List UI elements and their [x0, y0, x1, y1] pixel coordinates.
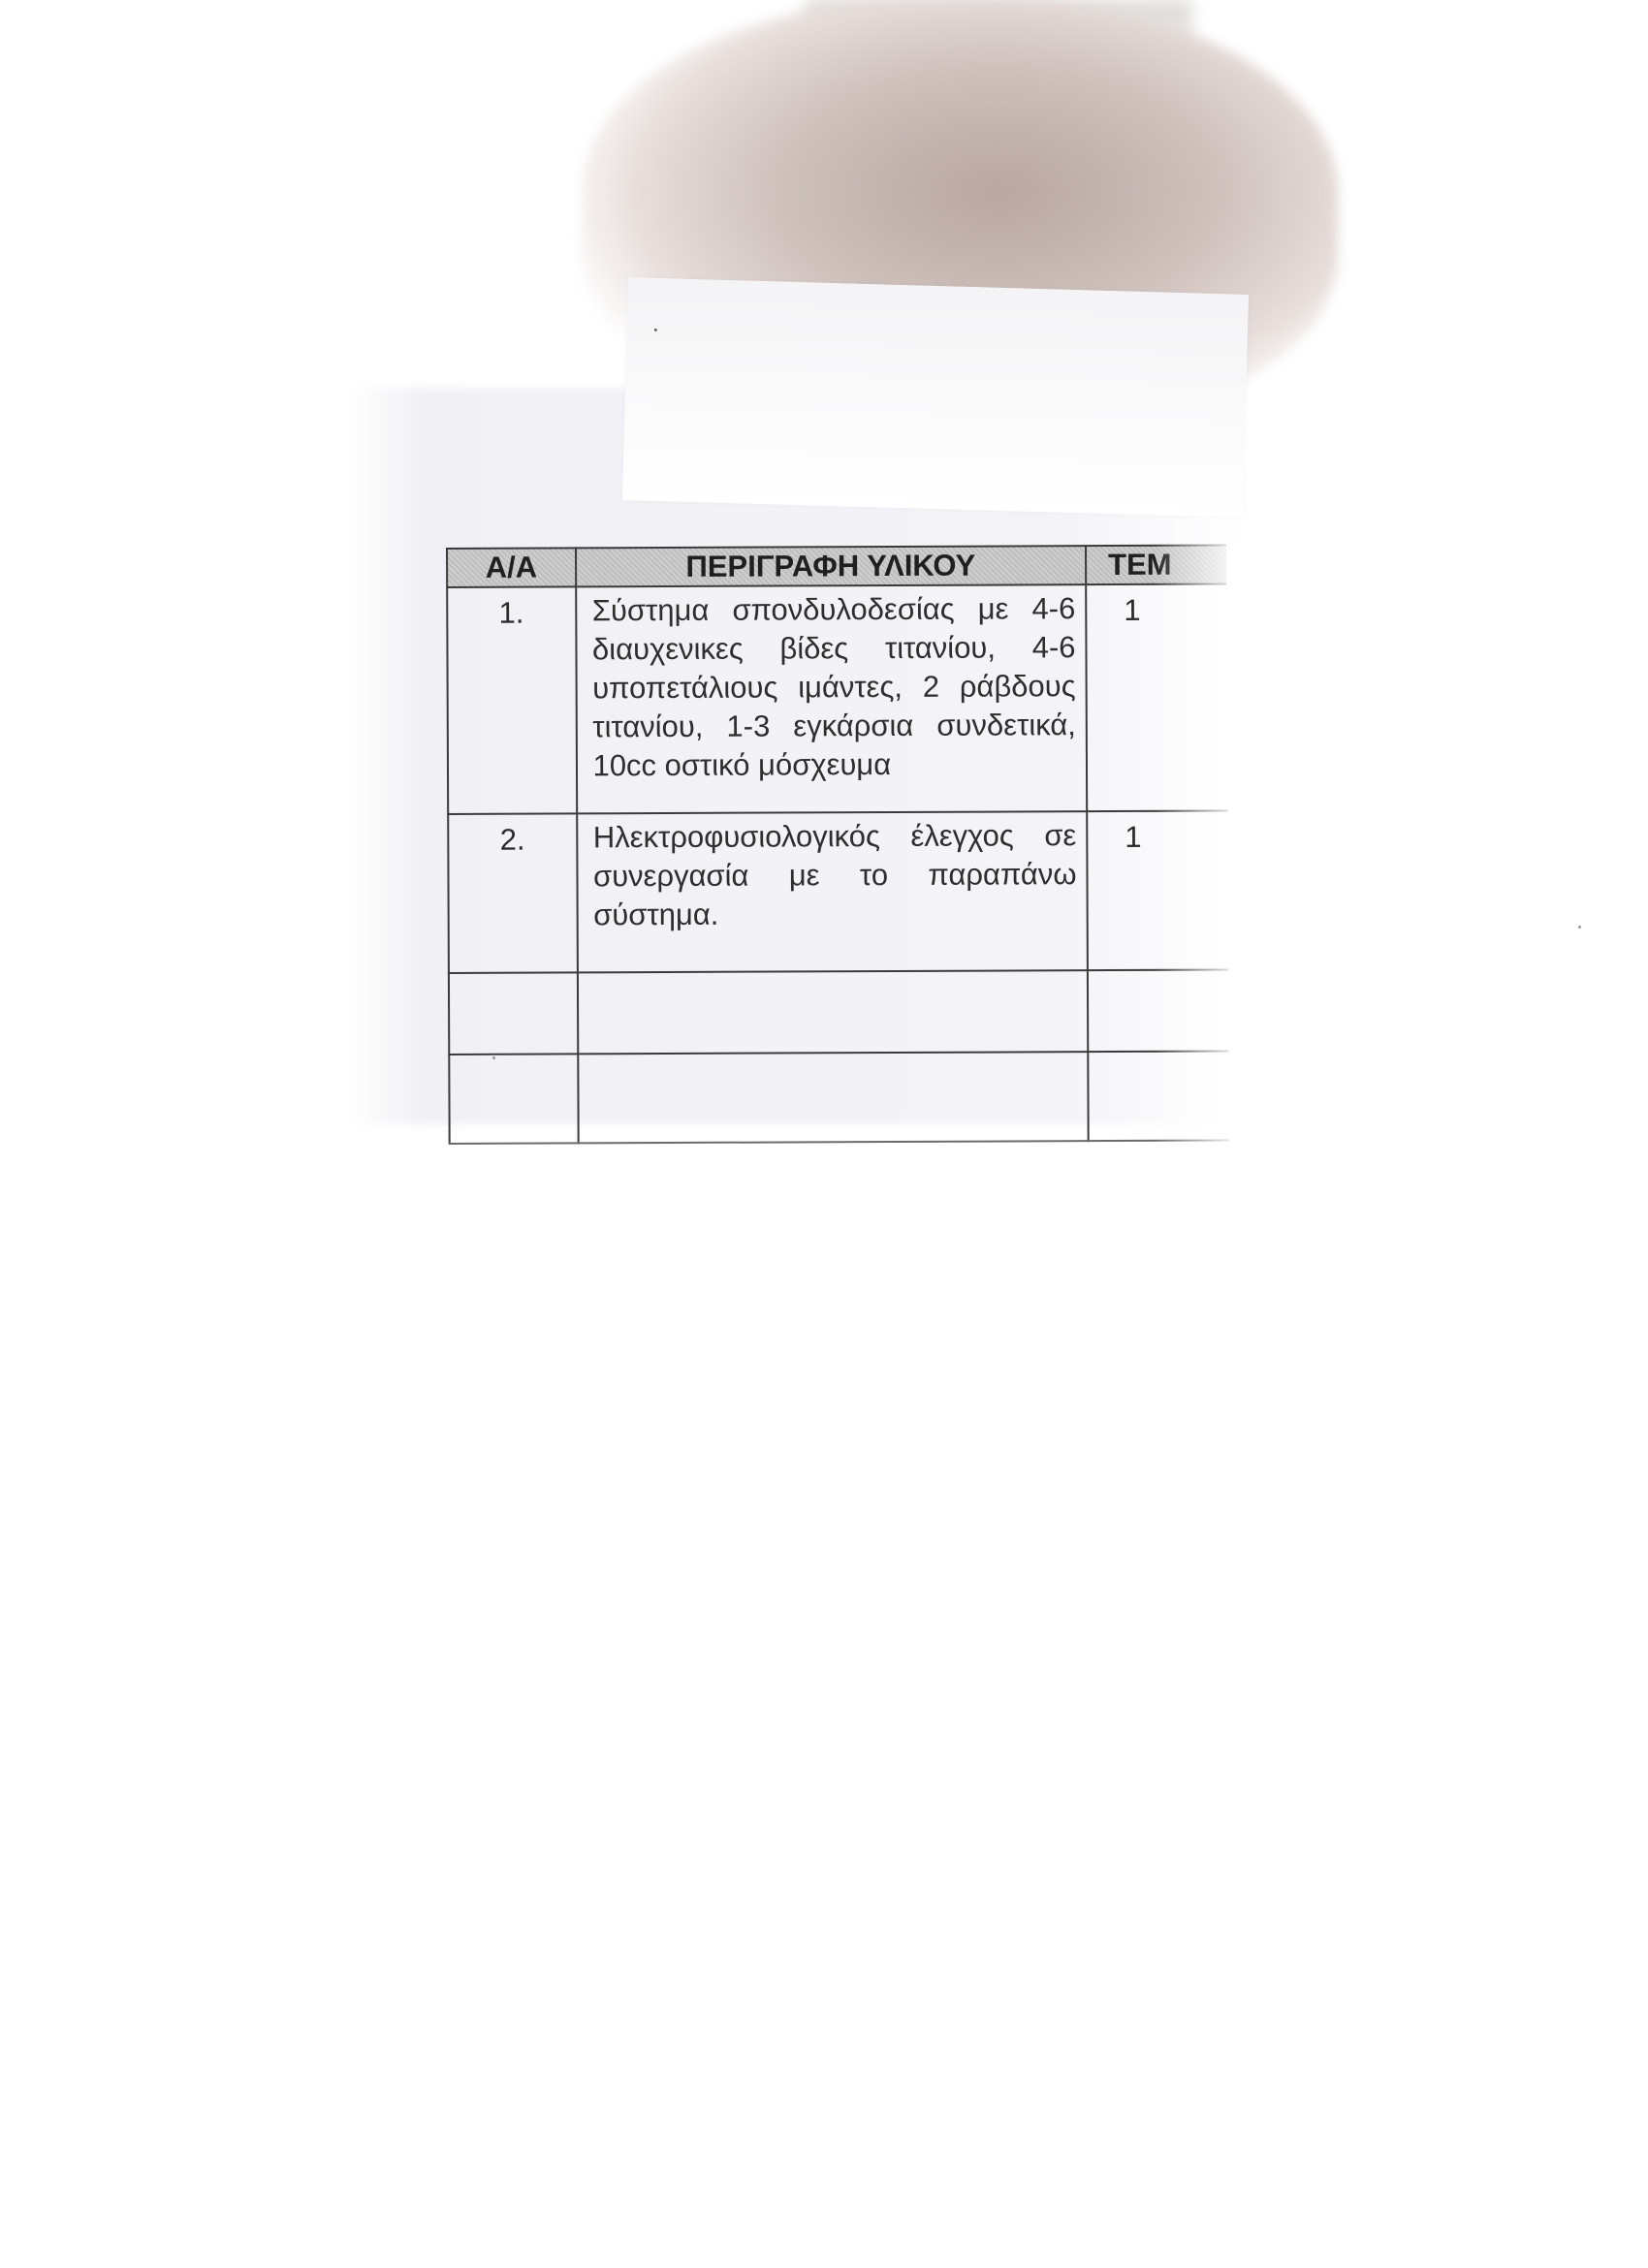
table-row: 2. Ηλεκτροφυσιολογικός έλεγχος σε συνεργ… — [448, 810, 1228, 973]
table-header-row: Α/Α ΠΕΡΙΓΡΑΦΗ ΥΛΙΚΟΥ ΤΕΜ — [447, 545, 1226, 587]
row-number: 1. — [447, 586, 577, 814]
table-row: 1. Σύστημα σπονδυλοδεσίας με 4-6 διαυχεν… — [447, 583, 1227, 814]
table-row-empty — [449, 969, 1228, 1055]
row-description — [578, 1052, 1089, 1143]
paper-slip — [622, 277, 1249, 518]
row-quantity: 1 — [1087, 810, 1228, 970]
faint-handwriting — [953, 345, 1112, 485]
row-number — [449, 1054, 578, 1144]
row-quantity — [1088, 969, 1228, 1052]
row-number: 2. — [448, 813, 577, 973]
row-quantity — [1088, 1051, 1228, 1141]
row-quantity: 1 — [1086, 583, 1227, 811]
materials-table: Α/Α ΠΕΡΙΓΡΑΦΗ ΥΛΙΚΟΥ ΤΕΜ 1. Σύστημα σπον… — [446, 544, 1229, 1145]
scan-speck — [1578, 926, 1581, 929]
row-description: Ηλεκτροφυσιολογικός έλεγχος σε συνεργασί… — [577, 811, 1088, 972]
row-description: Σύστημα σπονδυλοδεσίας με 4-6 διαυχενικε… — [576, 584, 1087, 813]
row-description — [577, 970, 1088, 1054]
header-description: ΠΕΡΙΓΡΑΦΗ ΥΛΙΚΟΥ — [576, 546, 1087, 586]
row-number — [449, 972, 578, 1055]
table-row-empty — [449, 1051, 1228, 1144]
header-quantity: ΤΕΜ — [1086, 545, 1226, 584]
scan-speck — [492, 1056, 495, 1059]
header-aa: Α/Α — [447, 548, 576, 587]
ink-speck — [654, 329, 657, 331]
